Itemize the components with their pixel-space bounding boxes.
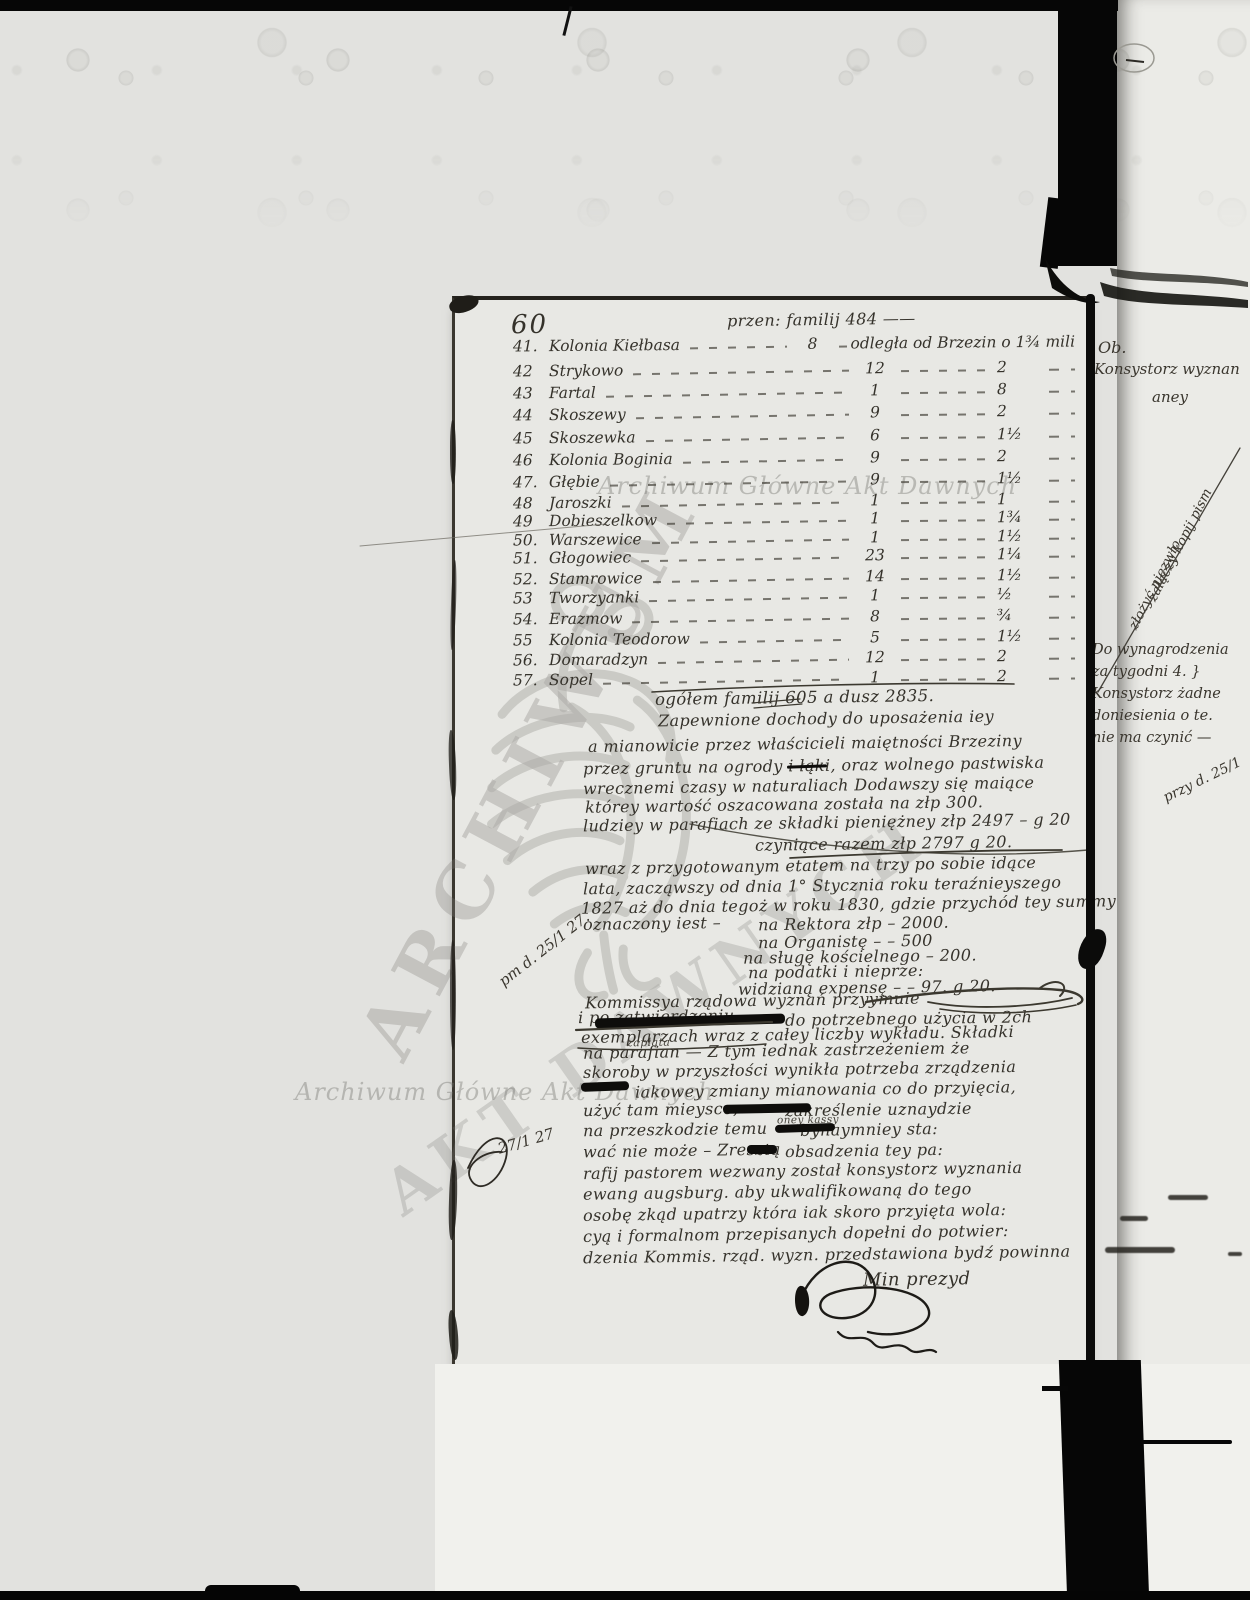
- ledger-row-distance: 1¼: [997, 545, 1049, 563]
- redaction-mark: [723, 1103, 811, 1114]
- ledger-row-number: 47.: [513, 473, 549, 491]
- ledger-row-number: 45: [513, 429, 549, 447]
- leader-dashes: [636, 414, 849, 420]
- right-note-block-line: doniesienia o te.: [1092, 708, 1213, 724]
- ledger-row-distance: 2: [997, 667, 1049, 685]
- ledger-row: 41. Kolonia Kiełbasa 8 odległa od Brzezi…: [513, 331, 1075, 358]
- redaction-mark: [581, 1081, 629, 1092]
- scan-mask-bottom: [0, 1591, 1250, 1600]
- leader-dashes: [632, 618, 849, 624]
- leader-dashes: [633, 370, 849, 376]
- leader-dashes: [1049, 658, 1075, 660]
- ledger-row-distance: ½: [997, 585, 1049, 603]
- ledger-row-number: 54.: [513, 610, 549, 628]
- manuscript-line: dzenia Kommis. rząd. wyzn. przedstawiona…: [583, 1244, 1071, 1267]
- leader-dashes: [622, 502, 849, 508]
- leader-dashes: [901, 519, 993, 522]
- leader-dashes: [901, 391, 993, 394]
- ledger-row-distance: 1¾: [997, 508, 1049, 526]
- manuscript-line: a mianowicie przez właścicieli maiętnośc…: [588, 733, 1022, 755]
- leader-dashes: [901, 556, 993, 559]
- ledger-row-families: 8: [790, 335, 834, 353]
- manuscript-line: iakowey zmiany mianowania co do przyięci…: [635, 1079, 1016, 1100]
- ledger-row-name: Erazmow: [549, 609, 629, 628]
- ledger-row-distance: 1½: [997, 566, 1049, 584]
- ledger-row-distance: 2: [997, 447, 1049, 465]
- ledger-row-number: 49: [513, 512, 549, 530]
- ledger-row-distance: 1½: [997, 627, 1049, 645]
- leader-dashes: [683, 459, 849, 464]
- leader-dashes: [610, 480, 849, 486]
- page-edge-tear: [448, 1160, 459, 1240]
- leader-dashes: [901, 577, 993, 580]
- manuscript-line: obsadzenia tey pa:: [785, 1142, 943, 1160]
- leader-dashes: [1049, 617, 1075, 619]
- leader-dashes: [839, 346, 847, 348]
- leader-dashes: [1049, 556, 1075, 558]
- scan-mask-spike: [1140, 1440, 1232, 1444]
- ledger-row-distance: 2: [997, 647, 1049, 665]
- right-note-ob: Ob.: [1098, 338, 1126, 357]
- ledger-row-distance: ¾: [997, 606, 1049, 624]
- leader-dashes: [646, 437, 849, 443]
- right-note-block-line: za tygodni 4. }: [1092, 664, 1200, 680]
- leader-dashes: [901, 638, 993, 641]
- ledger-row-name: Skoszewka: [549, 428, 642, 447]
- manuscript-line: ewang augsburg. aby ukwalifikowaną do te…: [583, 1181, 972, 1202]
- manuscript-line: na przeszkodzie temu: [583, 1121, 768, 1140]
- page-edge-tear: [450, 420, 456, 484]
- leader-dashes: [690, 346, 787, 350]
- ledger-row-number: 43: [513, 384, 549, 402]
- ledger-row-name: Tworzyanki: [549, 588, 645, 607]
- ledger-row-families: 9: [853, 448, 897, 466]
- ledger-row-number: 51.: [513, 549, 549, 567]
- ledger-row-name: Dobieszelkow: [549, 511, 663, 530]
- leader-dashes: [653, 578, 849, 583]
- ledger-row-distance: odległa od Brzezin o 1¾ mili: [850, 333, 1075, 353]
- leader-dashes: [901, 436, 993, 439]
- leader-dashes: [606, 391, 849, 397]
- closing-signature-text: Min prezyd: [863, 1270, 971, 1289]
- leader-dashes: [1049, 538, 1075, 540]
- ledger-row-families: 1: [853, 668, 897, 686]
- manuscript-line: czyniące razem złp 2797 g 20.: [755, 834, 1013, 854]
- leader-dashes: [901, 596, 993, 599]
- leader-dashes: [1049, 413, 1075, 415]
- ledger-row-families: 23: [853, 546, 897, 564]
- ledger-row-families: 8: [853, 607, 897, 625]
- ledger-row-families: 1: [853, 509, 897, 527]
- scan-mask-top-right: [1058, 0, 1117, 266]
- right-note-line: aney: [1152, 388, 1188, 406]
- ledger-row-number: 55: [513, 631, 549, 649]
- redaction-mark: [747, 1145, 777, 1154]
- ink-smudge: [1168, 1195, 1208, 1200]
- ledger-row-number: 57.: [513, 671, 549, 689]
- ledger-row-number: 52.: [513, 570, 549, 588]
- ledger-row-number: 46: [513, 451, 549, 469]
- margin-date-note: pm d. 25/1 27.: [495, 908, 593, 990]
- ledger-total-line: ogółem familij 605 a dusz 2835.: [655, 688, 934, 708]
- ledger-row-distance: 1½: [997, 469, 1049, 487]
- ledger-row-distance: 2: [997, 358, 1049, 376]
- ledger-row-name: Głogowiec: [549, 548, 637, 567]
- right-note-block-line: Do wynagrodzenia: [1092, 642, 1229, 658]
- leader-dashes: [901, 678, 993, 681]
- scan-mask-top: [0, 0, 1118, 11]
- manuscript-line: użyć tam mieysce,: [583, 1101, 739, 1119]
- ledger-row-families: 14: [853, 567, 897, 585]
- leader-dashes: [700, 639, 849, 644]
- manuscript-line: cyą i formalnom przepisanych dopełni do …: [583, 1223, 1009, 1245]
- manuscript-line: osobę zkąd upatrzy która iak skoro przyi…: [583, 1202, 1007, 1224]
- ledger-row-number: 41.: [513, 337, 549, 355]
- inserted-word: zapłata: [627, 1037, 670, 1049]
- leader-dashes: [901, 617, 993, 620]
- leader-dashes: [1049, 577, 1075, 579]
- ledger-row-families: 12: [853, 648, 897, 666]
- leader-dashes: [1049, 480, 1075, 482]
- leader-dashes: [1049, 501, 1075, 503]
- ledger-row-number: 56.: [513, 651, 549, 669]
- ledger-row-families: 1: [853, 381, 897, 399]
- leader-dashes: [1049, 436, 1075, 438]
- leader-dashes: [1049, 638, 1075, 640]
- leader-dashes: [1049, 369, 1075, 371]
- page-edge-tear: [449, 560, 457, 650]
- scan-mask-bottom-bump: [205, 1585, 300, 1593]
- ink-smudge: [1105, 1247, 1175, 1253]
- ink-smudge: [1228, 1252, 1242, 1256]
- ledger-row-name: Fartal: [549, 384, 602, 402]
- binding-gutter-line: [1086, 294, 1095, 1366]
- page-edge-tear: [450, 940, 456, 1050]
- leader-dashes: [603, 678, 849, 684]
- page-edge-tear: [447, 292, 480, 316]
- leader-dashes: [1049, 391, 1075, 393]
- leader-dashes: [901, 480, 993, 483]
- leader-dashes: [901, 501, 993, 504]
- ledger-row-number: 53: [513, 589, 549, 607]
- scan-canvas: 60 przen: familij 484 —— 41. Kolonia Kie…: [0, 0, 1250, 1600]
- leader-dashes: [649, 597, 849, 602]
- leader-dashes: [901, 413, 993, 416]
- leader-dashes: [901, 369, 993, 372]
- right-note-line: Konsystorz wyznan: [1094, 360, 1240, 378]
- ink-smudge: [1120, 1216, 1148, 1221]
- manuscript-line: ludziey w parafiach ze składki pieniężne…: [583, 812, 1071, 835]
- leader-dashes: [901, 538, 993, 541]
- ledger-row-name: Skoszewy: [549, 405, 632, 424]
- leader-dashes: [901, 458, 993, 461]
- leader-dashes: [1049, 519, 1075, 521]
- leader-dashes: [1049, 678, 1075, 680]
- ledger-row-families: 9: [853, 470, 897, 488]
- page-edge-tear: [448, 730, 457, 800]
- ledger-row-name: Strykowo: [549, 361, 629, 380]
- ledger-row-name: Kolonia Teodorow: [549, 630, 696, 649]
- ledger-row-name: Domaradzyn: [549, 650, 654, 669]
- manuscript-page: 60 przen: familij 484 —— 41. Kolonia Kie…: [452, 296, 1091, 1364]
- ledger-row-name: Kolonia Kiełbasa: [549, 336, 686, 355]
- leader-dashes: [658, 659, 849, 664]
- ledger-row-name: Sopel: [549, 671, 599, 689]
- leader-dashes: [901, 658, 993, 661]
- page-edge-tear: [447, 1310, 459, 1361]
- ledger-row-number: 42: [513, 362, 549, 380]
- ledger-row-name: Głębie: [549, 473, 606, 491]
- manuscript-line: oznaczony iest –: [583, 915, 721, 933]
- scan-mask-spike: [1042, 1386, 1068, 1391]
- scan-mask-bottom-right: [1059, 1360, 1149, 1600]
- ledger-row-distance: 2: [997, 402, 1049, 420]
- leader-dashes: [1049, 458, 1075, 460]
- ledger-row-families: 6: [853, 426, 897, 444]
- ledger-row-families: 12: [853, 359, 897, 377]
- ledger-row-families: 1: [853, 586, 897, 604]
- leader-dashes: [667, 520, 849, 525]
- ledger-row-number: 44: [513, 406, 549, 424]
- leader-dashes: [652, 539, 849, 544]
- ledger-row-distance: 1½: [997, 425, 1049, 443]
- ledger-row-name: Kolonia Boginia: [549, 450, 679, 469]
- right-note-block-line: nie ma czynić —: [1092, 730, 1211, 746]
- ledger-row-name: Stamrowice: [549, 569, 649, 588]
- ledger-row-families: 5: [853, 628, 897, 646]
- ledger-row-families: 9: [853, 403, 897, 421]
- ledger-row-distance: 8: [997, 380, 1049, 398]
- carryover-line: przen: familij 484 ——: [727, 311, 916, 330]
- leader-dashes: [641, 557, 849, 563]
- margin-date-note: 27/1 27: [496, 1124, 556, 1157]
- manuscript-line: Zapewnione dochody do uposażenia iey: [658, 709, 994, 730]
- right-note-block-line: Konsystorz żadne: [1092, 686, 1221, 702]
- leader-dashes: [1049, 596, 1075, 598]
